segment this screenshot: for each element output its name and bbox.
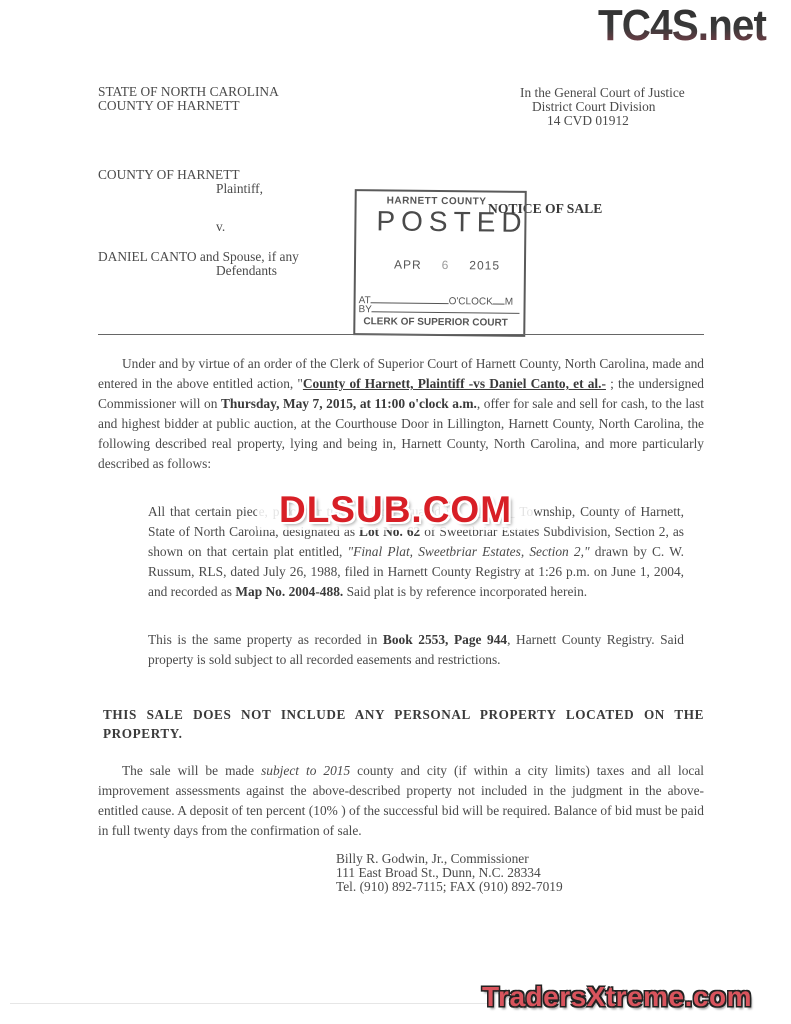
tc4s-watermark: TC4S.net: [598, 2, 766, 50]
division-line: District Court Division: [520, 100, 685, 114]
posted-stamp: HARNETT COUNTY POSTED APR62015 ATO'CLOCK…: [353, 189, 527, 337]
caption-jurisdiction: STATE OF NORTH CAROLINA COUNTY OF HARNET…: [98, 85, 279, 113]
stamp-status: POSTED: [376, 205, 527, 239]
footer-divider: [10, 1003, 490, 1004]
commissioner-address: 111 East Broad St., Dunn, N.C. 28334: [336, 866, 563, 880]
signature-block: Billy R. Godwin, Jr., Commissioner 111 E…: [336, 852, 563, 894]
stamp-by-row: BY: [358, 304, 519, 317]
dlsub-watermark: DLSUB.COM: [257, 490, 534, 530]
deed-reference: This is the same property as recorded in…: [148, 630, 684, 670]
stamp-year: 2015: [469, 258, 500, 272]
sale-datetime: Thursday, May 7, 2015, at 11:00 o'clock …: [221, 396, 477, 411]
court-line: In the General Court of Justice: [520, 86, 685, 100]
terms-paragraph: The sale will be made subject to 2015 co…: [98, 761, 704, 841]
versus: v.: [98, 220, 299, 234]
plat-title: "Final Plat, Sweetbriar Estates, Section…: [348, 544, 590, 559]
defendant-role: Defendants: [98, 264, 299, 278]
county-line: COUNTY OF HARNETT: [98, 99, 279, 113]
commissioner-phone: Tel. (910) 892-7115; FAX (910) 892-7019: [336, 880, 563, 894]
caption-divider: [98, 334, 704, 335]
state-line: STATE OF NORTH CAROLINA: [98, 85, 279, 99]
stamp-day: 6: [442, 258, 450, 272]
plaintiff-role: Plaintiff,: [98, 182, 299, 196]
stamp-by-label: BY: [358, 304, 371, 315]
case-title: County of Harnett, Plaintiff -vs Daniel …: [303, 376, 606, 391]
tradersxtreme-watermark: TradersXtreme.com: [482, 982, 752, 1012]
defendant-name: DANIEL CANTO and Spouse, if any: [98, 250, 299, 264]
plaintiff-name: COUNTY OF HARNETT: [98, 168, 299, 182]
caption-court: In the General Court of Justice District…: [520, 86, 685, 128]
map-number: Map No. 2004-488.: [235, 584, 343, 599]
personal-property-notice: THIS SALE DOES NOT INCLUDE ANY PERSONAL …: [103, 705, 704, 743]
tax-year: subject to 2015: [261, 763, 350, 778]
commissioner-name: Billy R. Godwin, Jr., Commissioner: [336, 852, 563, 866]
case-number: 14 CVD 01912: [520, 114, 685, 128]
stamp-clerk: CLERK OF SUPERIOR COURT: [363, 316, 508, 329]
book-page: Book 2553, Page 944: [383, 632, 507, 647]
order-paragraph: Under and by virtue of an order of the C…: [98, 354, 704, 474]
stamp-date: APR62015: [394, 258, 520, 273]
stamp-month: APR: [394, 258, 422, 272]
parties-block: COUNTY OF HARNETT Plaintiff, v. DANIEL C…: [98, 168, 299, 278]
